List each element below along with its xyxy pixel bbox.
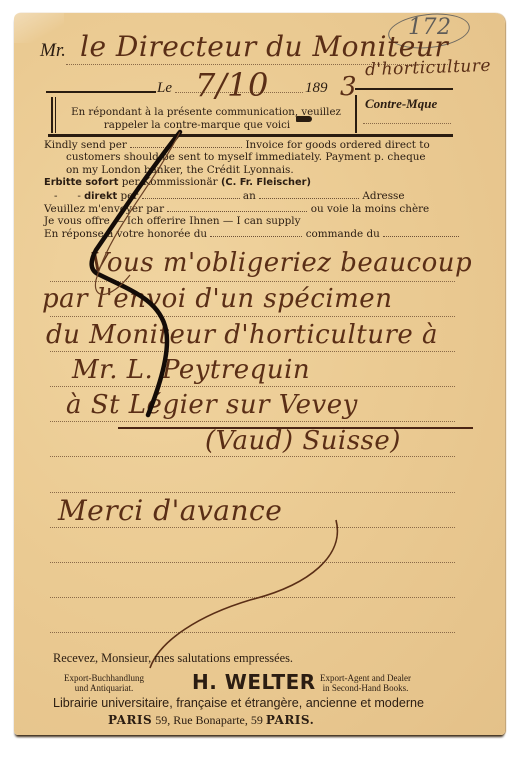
- handwritten-line-5: à St Légier sur Vevey: [66, 390, 358, 420]
- handwritten-line-1: Vous m'obligeriez beaucoup: [90, 248, 472, 278]
- form-line1-b: Invoice for goods ordered direct to: [245, 139, 429, 151]
- box-bottom-rule: [48, 134, 453, 137]
- closing-text: Recevez, Monsieur, mes salutations empre…: [53, 651, 293, 666]
- form-line7: Je vous offre — Ich offerire Ihnen — I c…: [44, 215, 464, 227]
- pointing-hand-icon: [296, 116, 312, 122]
- addressee-line1: le Directeur du Moniteur: [80, 30, 448, 63]
- publisher-right-text: Export-Agent and Dealer in Second-Hand B…: [320, 673, 411, 693]
- address-city-left: PARIS: [108, 713, 152, 727]
- form-line6-a: Veuillez m'envoyer par: [44, 203, 164, 215]
- form-line3: on my London banker, the Crédit Lyonnais…: [44, 164, 464, 176]
- publisher-address: PARIS 59, Rue Bonaparte, 59 PARIS.: [108, 713, 314, 728]
- publisher-left-line1: Export-Buchhandlung: [64, 673, 144, 683]
- form-line8-b: commande du: [306, 228, 380, 240]
- contre-marque-field: [363, 123, 451, 124]
- writing-rule: [50, 527, 455, 528]
- writing-rule: [50, 492, 455, 493]
- address-city-right: PARIS.: [266, 713, 314, 727]
- form-line4-bold-a: Erbitte sofort: [44, 177, 118, 188]
- writing-rule: [50, 632, 455, 633]
- writing-rule: [50, 597, 455, 598]
- corner-crease: [14, 13, 64, 43]
- writing-rule: [50, 351, 455, 352]
- form-line5-bold: direkt: [84, 191, 117, 202]
- form-line8-a: En réponse à votre honorée du: [44, 228, 207, 240]
- handwritten-line-2: par l'envoi d'un spécimen: [42, 284, 392, 314]
- writing-rule: [50, 386, 455, 387]
- handwritten-line-7: Merci d'avance: [58, 494, 282, 527]
- direkt-per-field: [142, 190, 240, 199]
- handwritten-line-3: du Moniteur d'horticulture à: [46, 320, 438, 350]
- box-left-rule-inner: [55, 97, 56, 133]
- form-line2: customers should be sent to myself immed…: [44, 151, 464, 163]
- publisher-brand: H. WELTER: [192, 670, 316, 694]
- writing-rule: [50, 421, 455, 422]
- handwritten-line-6: (Vaud) Suisse): [205, 426, 401, 456]
- year-prefix: 189: [305, 80, 328, 97]
- publisher-left-line2: und Antiquariat.: [64, 683, 144, 693]
- writing-rule: [50, 456, 455, 457]
- form-line6-b: ou voie la moins chère: [311, 203, 430, 215]
- form-line5-b: per: [117, 190, 138, 202]
- date-right-rule: [355, 88, 453, 90]
- librairie-text: Librairie universitaire, française et ét…: [53, 696, 424, 710]
- honoree-du-field: [210, 228, 302, 237]
- handwritten-line-4: Mr. L. Peytrequin: [72, 355, 310, 385]
- form-line4-bold-c: (C. Fr. Fleischer): [221, 177, 311, 188]
- address-street: 59, Rue Bonaparte, 59: [152, 713, 266, 727]
- form-line5-c: an: [243, 190, 256, 202]
- date-handwritten: 7/10: [195, 66, 269, 104]
- contre-marque-label: Contre-Mque: [365, 96, 437, 112]
- writing-rule: [50, 316, 455, 317]
- publisher-right-line1: Export-Agent and Dealer: [320, 673, 411, 683]
- form-line4-b: per Kommissionär: [118, 176, 221, 188]
- writing-rule: [50, 281, 455, 282]
- publisher-right-line2: in Second-Hand Books.: [320, 683, 411, 693]
- form-line5-d: Adresse: [362, 190, 404, 202]
- envoyer-par-field: [167, 203, 307, 212]
- publisher-left-text: Export-Buchhandlung und Antiquariat.: [64, 673, 144, 693]
- address-field: [259, 190, 359, 199]
- commande-du-field: [383, 228, 459, 237]
- date-prefix: Le: [157, 80, 172, 97]
- box-left-rule-outer: [51, 97, 53, 133]
- date-left-rule: [46, 91, 156, 93]
- form-line5-dash: - -: [54, 190, 81, 202]
- box-divider-rule: [355, 95, 357, 133]
- salutation-prefix: Mr.: [40, 40, 66, 62]
- form-line1-a: Kindly send per: [44, 139, 127, 151]
- order-form-text: Kindly send per Invoice for goods ordere…: [44, 139, 464, 240]
- writing-rule: [50, 562, 455, 563]
- send-per-field: [130, 139, 242, 148]
